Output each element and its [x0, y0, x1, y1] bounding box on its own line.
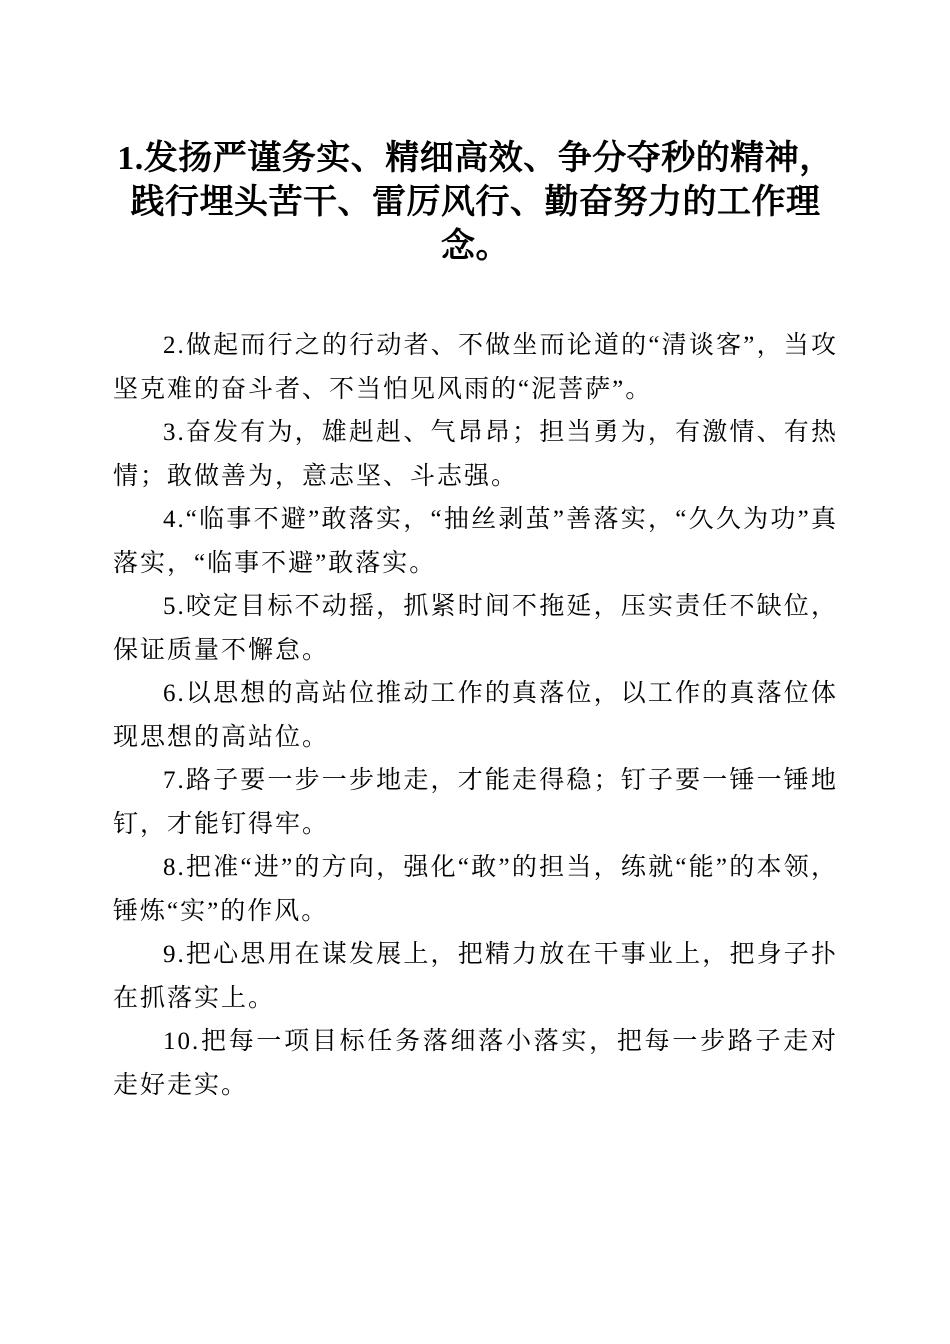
paragraph-item-10: 10.把每一项目标任务落细落小落实，把每一步路子走对走好走实。: [113, 1020, 838, 1107]
paragraph-item-6: 6.以思想的高站位推动工作的真落位，以工作的真落位体现思想的高站位。: [113, 672, 838, 759]
document-title: 1.发扬严谨务实、精细高效、争分夺秒的精神， 践行埋头苦干、雷厉风行、勤奋努力的…: [113, 137, 838, 269]
paragraph-item-2: 2.做起而行之的行动者、不做坐而论道的“清谈客”，当攻坚克难的奋斗者、不当怕见风…: [113, 324, 838, 411]
paragraph-item-3: 3.奋发有为，雄赳赳、气昂昂；担当勇为，有激情、有热情；敢做善为，意志坚、斗志强…: [113, 411, 838, 498]
title-line-1: 1.发扬严谨务实、精细高效、争分夺秒的精神，: [113, 137, 838, 181]
document-body: 2.做起而行之的行动者、不做坐而论道的“清谈客”，当攻坚克难的奋斗者、不当怕见风…: [113, 324, 838, 1107]
title-line-2: 践行埋头苦干、雷厉风行、勤奋努力的工作理: [113, 181, 838, 225]
title-line-3: 念。: [113, 225, 838, 269]
document-page: 1.发扬严谨务实、精细高效、争分夺秒的精神， 践行埋头苦干、雷厉风行、勤奋努力的…: [0, 0, 950, 1344]
paragraph-item-7: 7.路子要一步一步地走，才能走得稳；钉子要一锤一锤地钉，才能钉得牢。: [113, 759, 838, 846]
paragraph-item-5: 5.咬定目标不动摇，抓紧时间不拖延，压实责任不缺位，保证质量不懈怠。: [113, 585, 838, 672]
paragraph-item-9: 9.把心思用在谋发展上，把精力放在干事业上，把身子扑在抓落实上。: [113, 933, 838, 1020]
paragraph-item-4: 4.“临事不避”敢落实，“抽丝剥茧”善落实，“久久为功”真落实，“临事不避”敢落…: [113, 498, 838, 585]
paragraph-item-8: 8.把准“进”的方向，强化“敢”的担当，练就“能”的本领，锤炼“实”的作风。: [113, 846, 838, 933]
